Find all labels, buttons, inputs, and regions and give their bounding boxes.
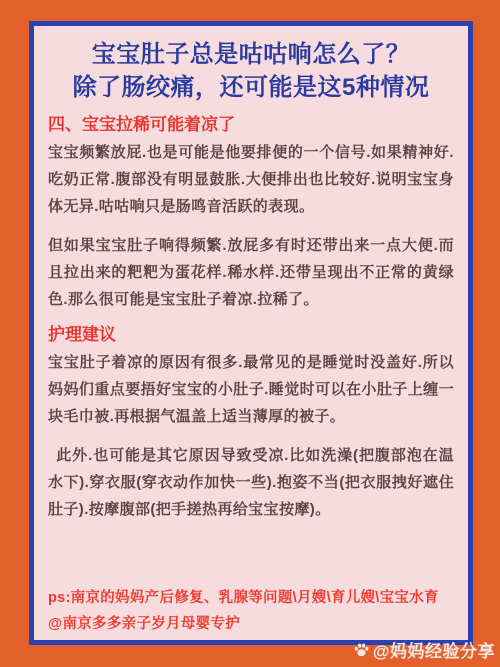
poster-title-line1: 宝宝肚子总是咕咕响怎么了？ xyxy=(48,38,454,71)
poster-page: { "page": { "background_color": "#E4602B… xyxy=(0,0,500,667)
section-heading-diarrhea: 四、宝宝拉稀可能着凉了 xyxy=(48,115,454,135)
poster-title-line2: 除了肠绞痛，还可能是这5种情况 xyxy=(48,71,454,104)
section-heading-care-advice: 护理建议 xyxy=(48,325,454,345)
watermark-text: @妈妈经验分享 xyxy=(373,637,495,662)
poster-card: 宝宝肚子总是咕咕响怎么了？ 除了肠绞痛，还可能是这5种情况 四、宝宝拉稀可能着凉… xyxy=(29,21,473,645)
watermark: @妈妈经验分享 xyxy=(353,637,495,662)
paragraph-keep-warm: 宝宝肚子着凉的原因有很多.最常见的是睡觉时没盖好.所以妈妈们重点要捂好宝宝的小肚… xyxy=(48,349,454,430)
ps-note-line1: ps:南京的妈妈产后修复、乳腺等问题\月嫂\育儿嫂\宝宝水育 xyxy=(48,585,454,611)
ps-note: ps:南京的妈妈产后修复、乳腺等问题\月嫂\育儿嫂\宝宝水育 @南京多多亲子岁月… xyxy=(48,585,454,637)
paw-icon xyxy=(353,642,370,658)
paragraph-fart-signal: 宝宝频繁放屁.也是可能是他要排便的一个信号.如果精神好.吃奶正常.腹部没有明显鼓… xyxy=(48,139,454,220)
paragraph-diarrhea-signs: 但如果宝宝肚子响得频繁.放屁多有时还带出来一点大便.而且拉出来的粑粑为蛋花样.稀… xyxy=(48,232,454,313)
paragraph-other-causes: 此外.也可能是其它原因导致受凉.比如洗澡(把腹部泡在温水下).穿衣服(穿衣动作加… xyxy=(48,442,454,523)
poster-title: 宝宝肚子总是咕咕响怎么了？ 除了肠绞痛，还可能是这5种情况 xyxy=(48,38,454,104)
poster-card-content: 宝宝肚子总是咕咕响怎么了？ 除了肠绞痛，还可能是这5种情况 四、宝宝拉稀可能着凉… xyxy=(34,26,468,640)
ps-note-line2: @南京多多亲子岁月母婴专护 xyxy=(48,611,454,637)
